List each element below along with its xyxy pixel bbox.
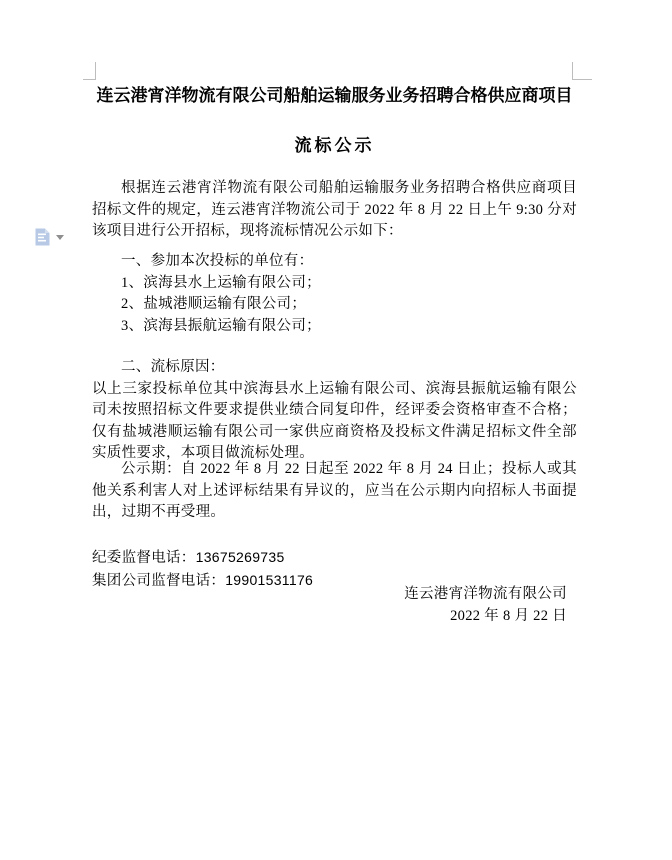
signature-company: 连云港宵洋物流有限公司 (92, 584, 567, 606)
section-1-heading: 一、参加本次投标的单位有： (92, 251, 577, 273)
paste-document-icon (33, 227, 52, 247)
contact-label: 纪委监督电话： (92, 550, 196, 566)
contact-number: 13675269735 (196, 549, 285, 565)
document-title: 连云港宵洋物流有限公司船舶运输服务业务招聘合格供应商项目 (92, 84, 577, 108)
chevron-down-icon (56, 235, 64, 240)
signature-date: 2022 年 8 月 22 日 (92, 606, 567, 628)
document-page: 连云港宵洋物流有限公司船舶运输服务业务招聘合格供应商项目 流标公示 根据连云港宵… (0, 0, 672, 860)
publicity-period-paragraph: 公示期：自 2022 年 8 月 22 日起至 2022 年 8 月 24 日止… (92, 459, 577, 524)
text-boundary-mark-top-left (83, 62, 96, 80)
text-boundary-mark-top-right (572, 62, 592, 80)
contact-line: 纪委监督电话：13675269735 (92, 547, 577, 570)
intro-paragraph: 根据连云港宵洋物流有限公司船舶运输服务业务招聘合格供应商项目招标文件的规定，连云… (92, 178, 577, 243)
paste-options-button[interactable] (33, 225, 71, 249)
section-2-body: 以上三家投标单位其中滨海县水上运输有限公司、滨海县振航运输有限公司未按照招标文件… (92, 381, 577, 462)
section-2-heading: 二、流标原因： (92, 357, 577, 379)
failed-bid-reason-section: 二、流标原因： 以上三家投标单位其中滨海县水上运输有限公司、滨海县振航运输有限公… (92, 357, 577, 465)
bidder-list-section: 一、参加本次投标的单位有： 1、滨海县水上运输有限公司； 2、盐城港顺运输有限公… (92, 251, 577, 337)
bidder-list-item: 1、滨海县水上运输有限公司； (92, 273, 577, 295)
document-subtitle: 流标公示 (92, 135, 577, 157)
bidder-list-item: 2、盐城港顺运输有限公司； (92, 294, 577, 316)
bidder-list-item: 3、滨海县振航运输有限公司； (92, 316, 577, 338)
signature-block: 连云港宵洋物流有限公司 2022 年 8 月 22 日 (92, 584, 577, 627)
